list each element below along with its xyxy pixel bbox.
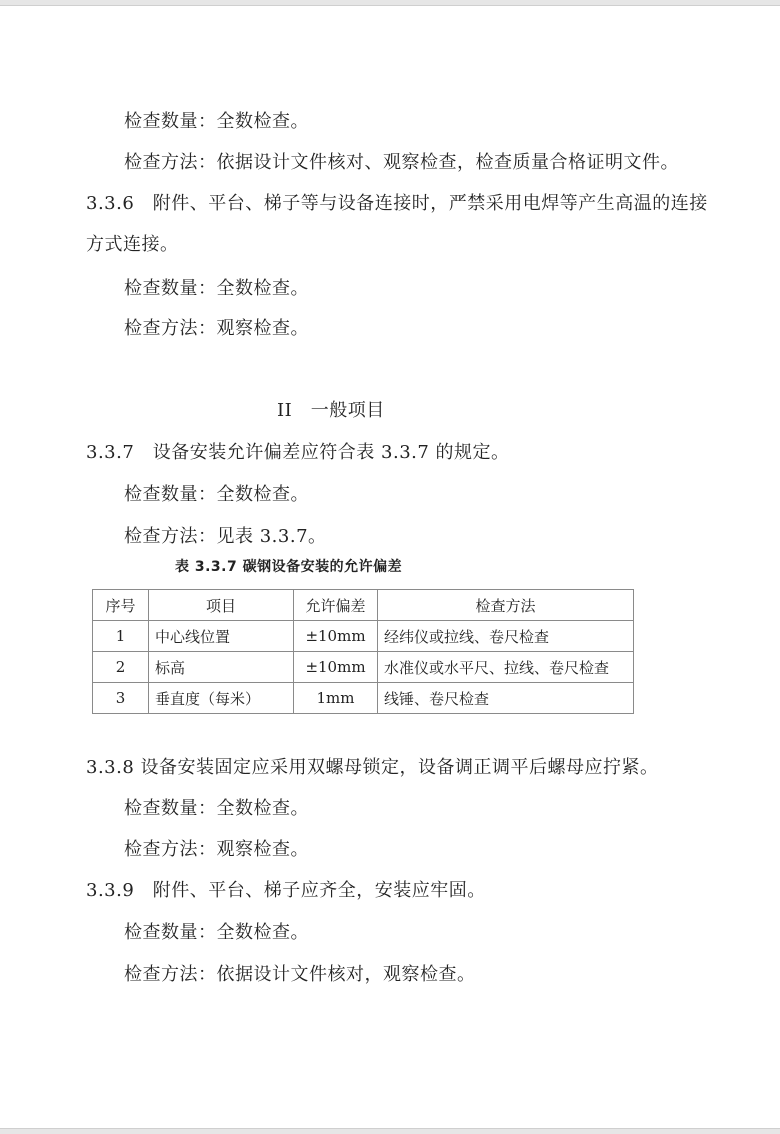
inspection-quantity: 检查数量：全数检查。	[124, 922, 309, 944]
inspection-method: 检查方法：依据设计文件核对、观察检查，检查质量合格证明文件。	[124, 152, 679, 174]
inspection-quantity: 检查数量：全数检查。	[124, 278, 309, 300]
table-caption: 表 3.3.7 碳钢设备安装的允许偏差	[175, 558, 402, 576]
inspection-method: 检查方法：观察检查。	[124, 318, 309, 340]
header-item: 项目	[149, 590, 294, 621]
table-row: 3 垂直度（每米） 1mm 线锤、卷尺检查	[93, 683, 634, 714]
page-top-edge	[0, 0, 780, 6]
cell-tolerance: ±10mm	[294, 652, 378, 683]
clause-3-3-7: 3.3.7 设备安装允许偏差应符合表 3.3.7 的规定。	[86, 442, 510, 464]
inspection-quantity: 检查数量：全数检查。	[124, 111, 309, 133]
section-title: II 一般项目	[277, 400, 385, 422]
table-row: 2 标高 ±10mm 水准仪或水平尺、拉线、卷尺检查	[93, 652, 634, 683]
table-row: 1 中心线位置 ±10mm 经纬仪或拉线、卷尺检查	[93, 621, 634, 652]
inspection-quantity: 检查数量：全数检查。	[124, 484, 309, 506]
cell-method: 线锤、卷尺检查	[378, 683, 634, 714]
header-index: 序号	[93, 590, 149, 621]
cell-index: 2	[93, 652, 149, 683]
inspection-method: 检查方法：观察检查。	[124, 839, 309, 861]
cell-item: 中心线位置	[149, 621, 294, 652]
tolerance-table: 序号 项目 允许偏差 检查方法 1 中心线位置 ±10mm 经纬仪或拉线、卷尺检…	[92, 589, 634, 714]
inspection-method: 检查方法：依据设计文件核对，观察检查。	[124, 964, 476, 986]
header-tolerance: 允许偏差	[294, 590, 378, 621]
clause-3-3-6: 3.3.6 附件、平台、梯子等与设备连接时，严禁采用电焊等产生高温的连接	[86, 193, 708, 215]
cell-tolerance: ±10mm	[294, 621, 378, 652]
clause-3-3-8: 3.3.8 设备安装固定应采用双螺母锁定，设备调正调平后螺母应拧紧。	[86, 757, 659, 779]
inspection-quantity: 检查数量：全数检查。	[124, 798, 309, 820]
table-header-row: 序号 项目 允许偏差 检查方法	[93, 590, 634, 621]
clause-3-3-9: 3.3.9 附件、平台、梯子应齐全，安装应牢固。	[86, 880, 486, 902]
inspection-method: 检查方法：见表 3.3.7。	[124, 526, 327, 548]
cell-item: 标高	[149, 652, 294, 683]
cell-method: 经纬仪或拉线、卷尺检查	[378, 621, 634, 652]
page-bottom-edge	[0, 1128, 780, 1134]
clause-3-3-6-continued: 方式连接。	[86, 234, 179, 256]
cell-method: 水准仪或水平尺、拉线、卷尺检查	[378, 652, 634, 683]
cell-item: 垂直度（每米）	[149, 683, 294, 714]
header-method: 检查方法	[378, 590, 634, 621]
cell-tolerance: 1mm	[294, 683, 378, 714]
cell-index: 1	[93, 621, 149, 652]
cell-index: 3	[93, 683, 149, 714]
